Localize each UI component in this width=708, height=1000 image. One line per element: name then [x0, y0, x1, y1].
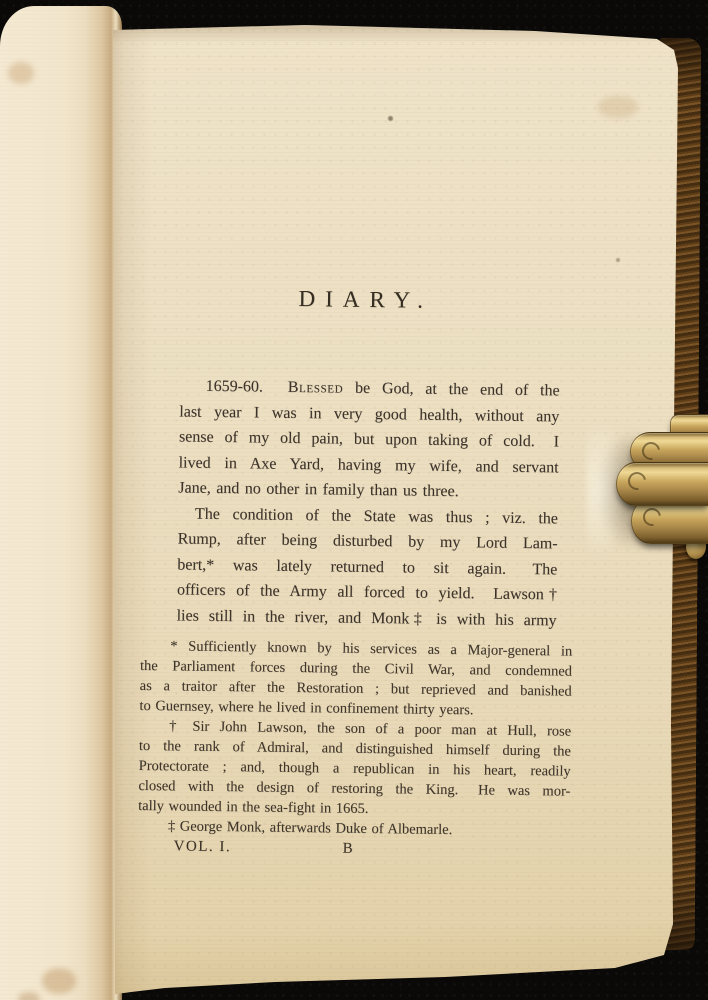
signature-mark: B — [343, 841, 353, 858]
volume-label: VOL. I. — [174, 838, 232, 856]
footnote-3: ‡ George Monk, afterwards Duke of Albema… — [138, 816, 570, 842]
facing-page-edge — [0, 6, 122, 1000]
clasp-prong — [616, 462, 708, 506]
foxing-spot — [8, 62, 34, 84]
date-label: 1659-60. — [206, 378, 264, 396]
line-segment: be God, at the end of the — [355, 380, 560, 400]
footnotes-block: * Sufficiently known by his services as … — [138, 636, 573, 842]
paragraph-2: The condition of the State was thus ; vi… — [176, 501, 558, 633]
body-text: 1659-60. Blessed be God, at the end of t… — [140, 373, 575, 634]
paragraph-1: 1659-60. Blessed be God, at the end of t… — [178, 373, 560, 505]
footnote-1: * Sufficiently known by his services as … — [139, 636, 572, 722]
opening-word: Blessed — [288, 379, 344, 397]
footnote-line: ‡ George Monk, afterwards Duke of Albema… — [138, 816, 570, 842]
paper-speck — [388, 116, 393, 121]
book-photo: { "page": { "title": "DIARY.", "entry": … — [0, 0, 708, 1000]
paper-speck — [616, 258, 620, 262]
text-line: lies still in the river, and Monk‡ is wi… — [176, 603, 556, 633]
foxing-spot — [42, 968, 76, 994]
foxing-spot — [598, 96, 638, 118]
page-footer: VOL. I. B — [137, 838, 569, 864]
foxing-spot — [18, 992, 40, 1000]
footnote-2: † Sir John Lawson, the son of a poor man… — [138, 716, 571, 822]
clasp-engraving — [638, 438, 663, 463]
clasp-engraving — [639, 504, 664, 529]
book-clasp — [590, 390, 708, 575]
clasp-engraving — [624, 468, 649, 493]
page-text-block: DIARY. 1659-60. Blessed be God, at the e… — [137, 284, 576, 864]
page-title: DIARY. — [145, 284, 577, 316]
